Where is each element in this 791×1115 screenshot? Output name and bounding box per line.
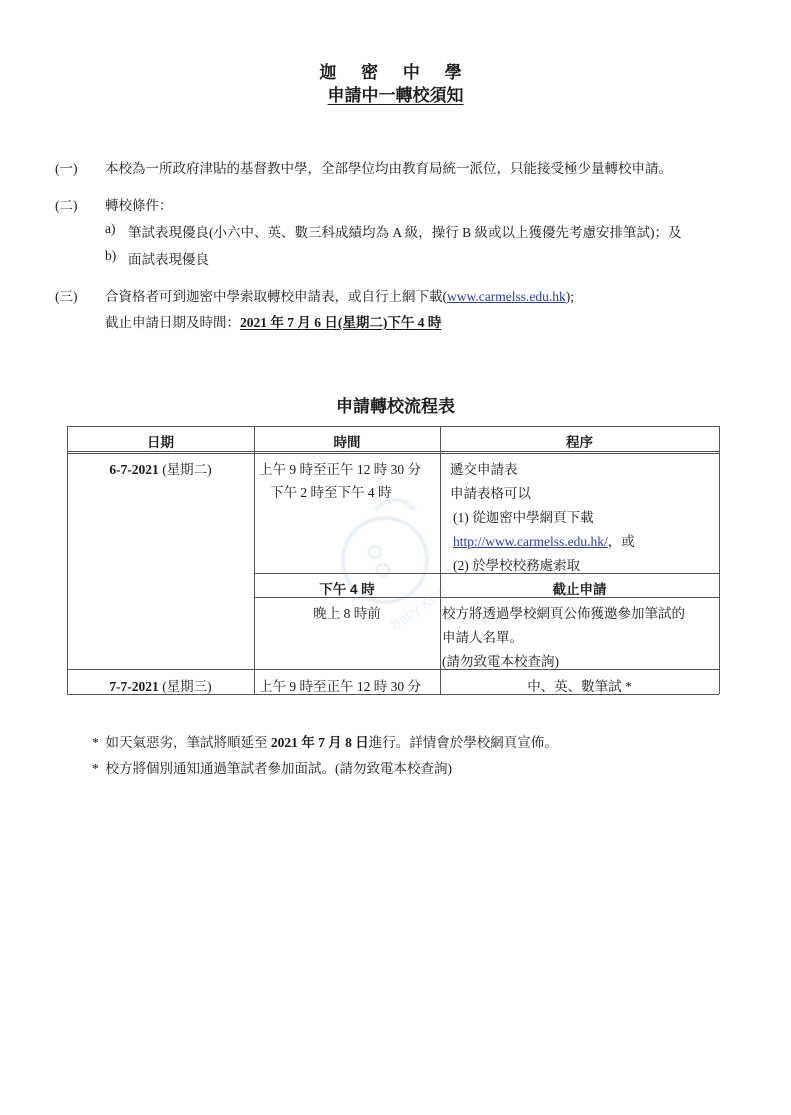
section-2-number: (二) xyxy=(55,194,78,214)
row3-procedure-line3: (請勿致電本校查詢) xyxy=(442,650,559,670)
row4-time: 上午 9 時至正午 12 時 30 分 xyxy=(259,675,421,695)
condition-a-letter: a) xyxy=(105,221,116,237)
row1-date: 6-7-2021 (星期二) xyxy=(67,458,254,478)
subheader-deadline-time: 下午 4 時 xyxy=(254,578,440,598)
column-header-date: 日期 xyxy=(67,431,254,451)
condition-b-letter: b) xyxy=(105,248,116,264)
row1-procedure-line1: 遞交申請表 xyxy=(450,458,518,478)
table-title: 申請轉校流程表 xyxy=(0,392,791,417)
note-weather: * 如天氣惡劣，筆試將順延至 2021 年 7 月 8 日進行。詳情會於學校網頁… xyxy=(92,731,558,751)
column-header-procedure: 程序 xyxy=(440,431,719,451)
note-interview: * 校方將個別通知通過筆試者參加面試。(請勿致電本校查詢) xyxy=(92,757,452,777)
section-3-text-after: ); xyxy=(566,289,574,304)
deadline-line: 截止申請日期及時間：2021 年 7 月 6 日(星期二)下午 4 時 xyxy=(105,311,441,331)
deadline-label: 截止申請日期及時間： xyxy=(105,315,240,330)
deadline-value: 2021 年 7 月 6 日(星期二)下午 4 時 xyxy=(240,315,441,330)
document-title-text: 申請中一轉校須知 xyxy=(328,86,464,105)
row1-procedure-line4: http://www.carmelss.edu.hk/，或 xyxy=(453,530,635,550)
row1-procedure-line5: (2) 於學校校務處索取 xyxy=(453,554,580,574)
row3-procedure-line1: 校方將透過學校網頁公佈獲邀參加筆試的 xyxy=(442,602,685,622)
section-1-number: (一) xyxy=(55,157,78,177)
row4-date-weekday: (星期三) xyxy=(159,679,212,694)
row4-date-value: 7-7-2021 xyxy=(109,679,159,694)
note-bullet: * xyxy=(92,735,99,750)
row1-procedure-line3: (1) 從迦密中學網頁下載 xyxy=(453,506,594,526)
note-bullet: * xyxy=(92,761,99,776)
application-flow-table: 日期 時間 程序 6-7-2021 (星期二) 上午 9 時至正午 12 時 3… xyxy=(67,426,719,694)
section-3-number: (三) xyxy=(55,285,78,305)
school-website-download-link[interactable]: http://www.carmelss.edu.hk/ xyxy=(453,534,608,549)
row1-date-weekday: (星期二) xyxy=(159,462,212,477)
subheader-deadline-label: 截止申請 xyxy=(440,578,719,598)
row1-date-value: 6-7-2021 xyxy=(109,462,159,477)
condition-a-text: 筆試表現優良(小六中、英、數三科成績均為 A 級，操行 B 級或以上獲優先考慮安… xyxy=(128,221,682,241)
row3-time: 晚上 8 時前 xyxy=(254,602,440,622)
row4-procedure: 中、英、數筆試 * xyxy=(440,675,719,695)
note-weather-date: 2021 年 7 月 8 日 xyxy=(271,735,369,750)
row1-procedure-line2: 申請表格可以 xyxy=(450,482,531,502)
row1-procedure-link-suffix: ，或 xyxy=(608,534,635,549)
note-weather-after: 進行。詳情會於學校網頁宣佈。 xyxy=(369,735,558,750)
condition-b-text: 面試表現優良 xyxy=(128,248,209,268)
document-title: 申請中一轉校須知 xyxy=(0,81,791,106)
row1-time-afternoon: 下午 2 時至下午 4 時 xyxy=(270,481,392,501)
section-1-text: 本校為一所政府津貼的基督教中學，全部學位均由教育局統一派位，只能接受極少量轉校申… xyxy=(105,157,672,177)
row4-date: 7-7-2021 (星期三) xyxy=(67,675,254,695)
section-2-text: 轉校條件： xyxy=(105,194,173,214)
note-weather-before: 如天氣惡劣，筆試將順延至 xyxy=(106,735,271,750)
note-interview-text: 校方將個別通知通過筆試者參加面試。(請勿致電本校查詢) xyxy=(106,761,453,776)
column-header-time: 時間 xyxy=(254,431,440,451)
school-name: 迦 密 中 學 xyxy=(0,58,791,83)
section-3-text: 合資格者可到迦密中學索取轉校申請表，或自行上網下載(www.carmelss.e… xyxy=(105,285,574,305)
school-website-link[interactable]: www.carmelss.edu.hk xyxy=(447,289,566,304)
row3-procedure-line2: 申請人名單。 xyxy=(442,626,523,646)
row1-time-morning: 上午 9 時至正午 12 時 30 分 xyxy=(259,458,421,478)
section-3-text-before: 合資格者可到迦密中學索取轉校申請表，或自行上網下載( xyxy=(105,289,447,304)
